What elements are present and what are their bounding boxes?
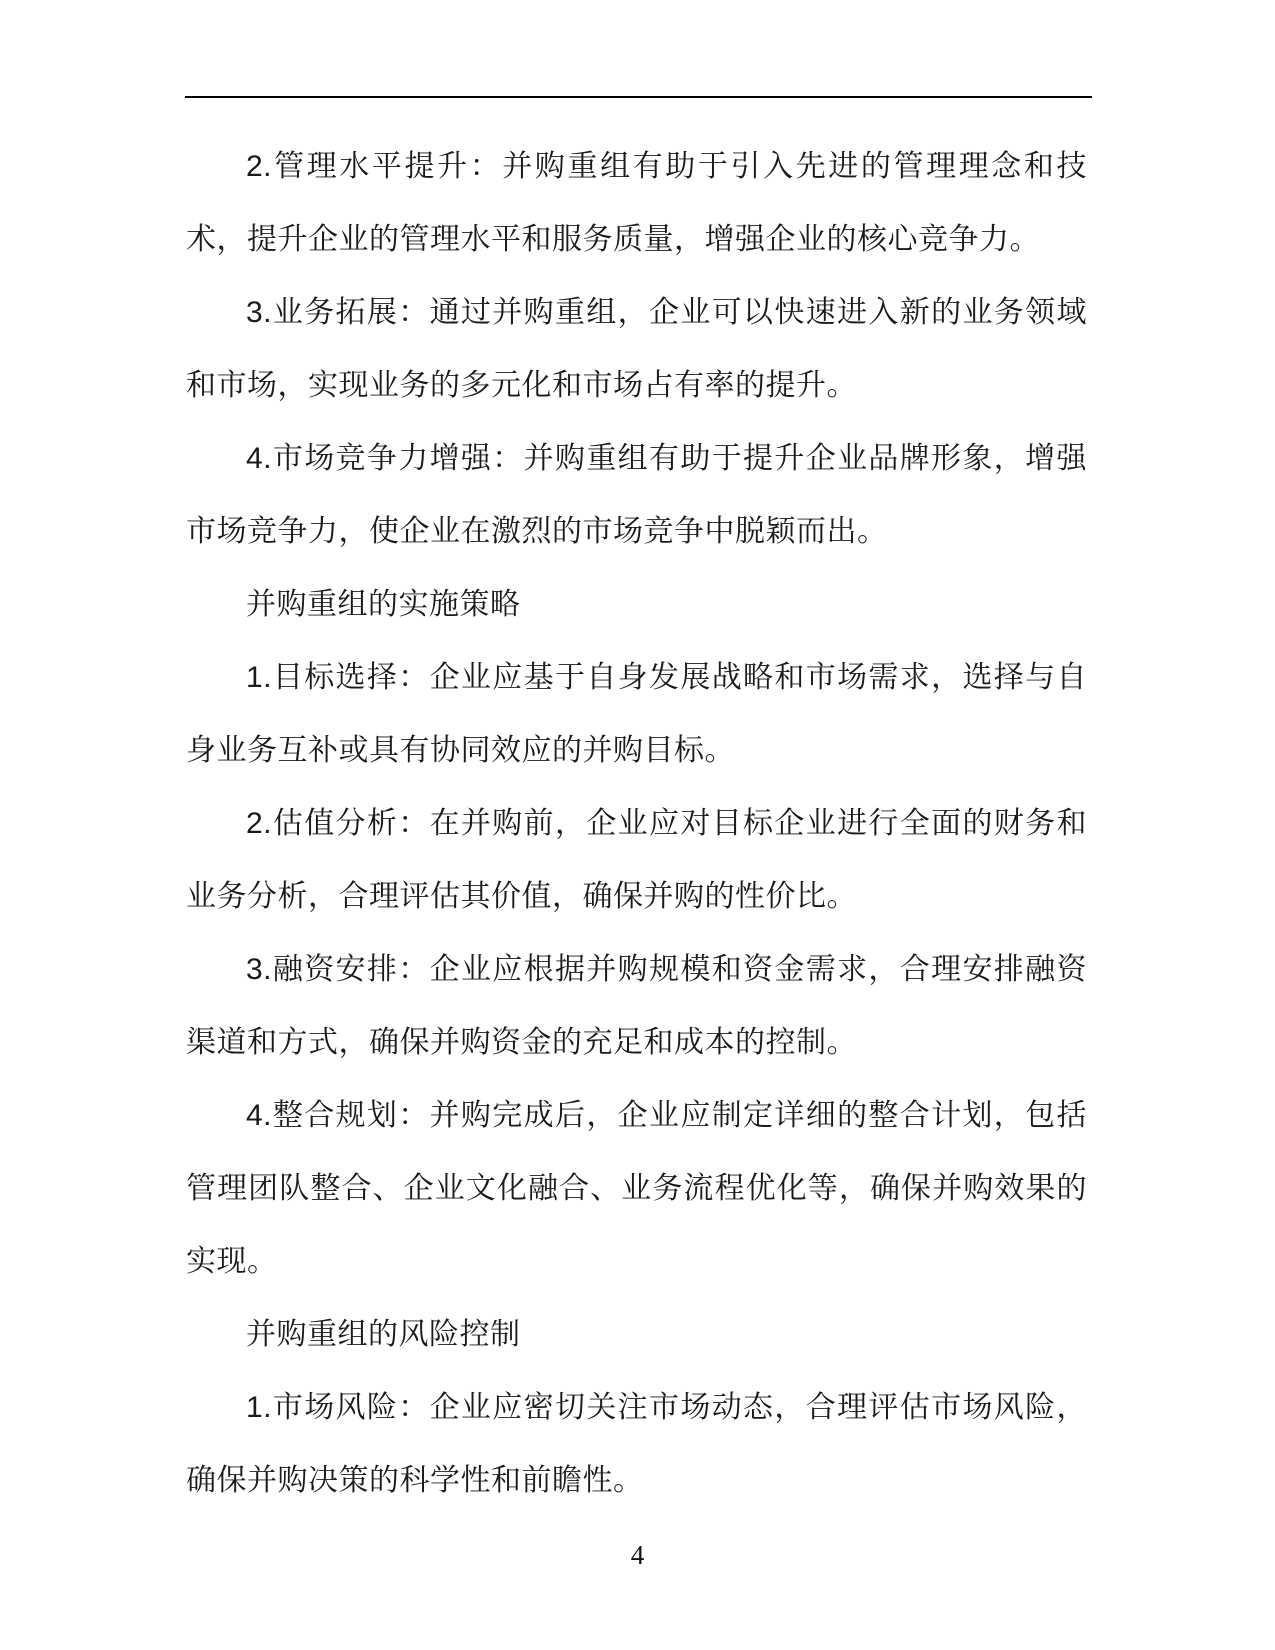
- header-rule: [185, 96, 1092, 98]
- document-body: 2.管理水平提升：并购重组有助于引入先进的管理理念和技术，提升企业的管理水平和服…: [186, 130, 1087, 1517]
- paragraph-management-improvement: 2.管理水平提升：并购重组有助于引入先进的管理理念和技术，提升企业的管理水平和服…: [186, 130, 1087, 276]
- paragraph-market-risk: 1.市场风险：企业应密切关注市场动态，合理评估市场风险，确保并购决策的科学性和前…: [186, 1371, 1087, 1517]
- paragraph-target-selection: 1.目标选择：企业应基于自身发展战略和市场需求，选择与自身业务互补或具有协同效应…: [186, 641, 1087, 787]
- paragraph-market-competitiveness: 4.市场竞争力增强：并购重组有助于提升企业品牌形象，增强市场竞争力，使企业在激烈…: [186, 422, 1087, 568]
- paragraph-integration-planning: 4.整合规划：并购完成后，企业应制定详细的整合计划，包括管理团队整合、企业文化融…: [186, 1079, 1087, 1298]
- page-number: 4: [631, 1540, 645, 1570]
- paragraph-valuation-analysis: 2.估值分析：在并购前，企业应对目标企业进行全面的财务和业务分析，合理评估其价值…: [186, 787, 1087, 933]
- heading-risk-control: 并购重组的风险控制: [186, 1298, 1087, 1371]
- paragraph-financing-arrangement: 3.融资安排：企业应根据并购规模和资金需求，合理安排融资渠道和方式，确保并购资金…: [186, 933, 1087, 1079]
- page-footer: 4: [0, 1540, 1275, 1571]
- heading-implementation-strategy: 并购重组的实施策略: [186, 568, 1087, 641]
- document-page: 2.管理水平提升：并购重组有助于引入先进的管理理念和技术，提升企业的管理水平和服…: [0, 0, 1275, 1650]
- paragraph-business-expansion: 3.业务拓展：通过并购重组，企业可以快速进入新的业务领域和市场，实现业务的多元化…: [186, 276, 1087, 422]
